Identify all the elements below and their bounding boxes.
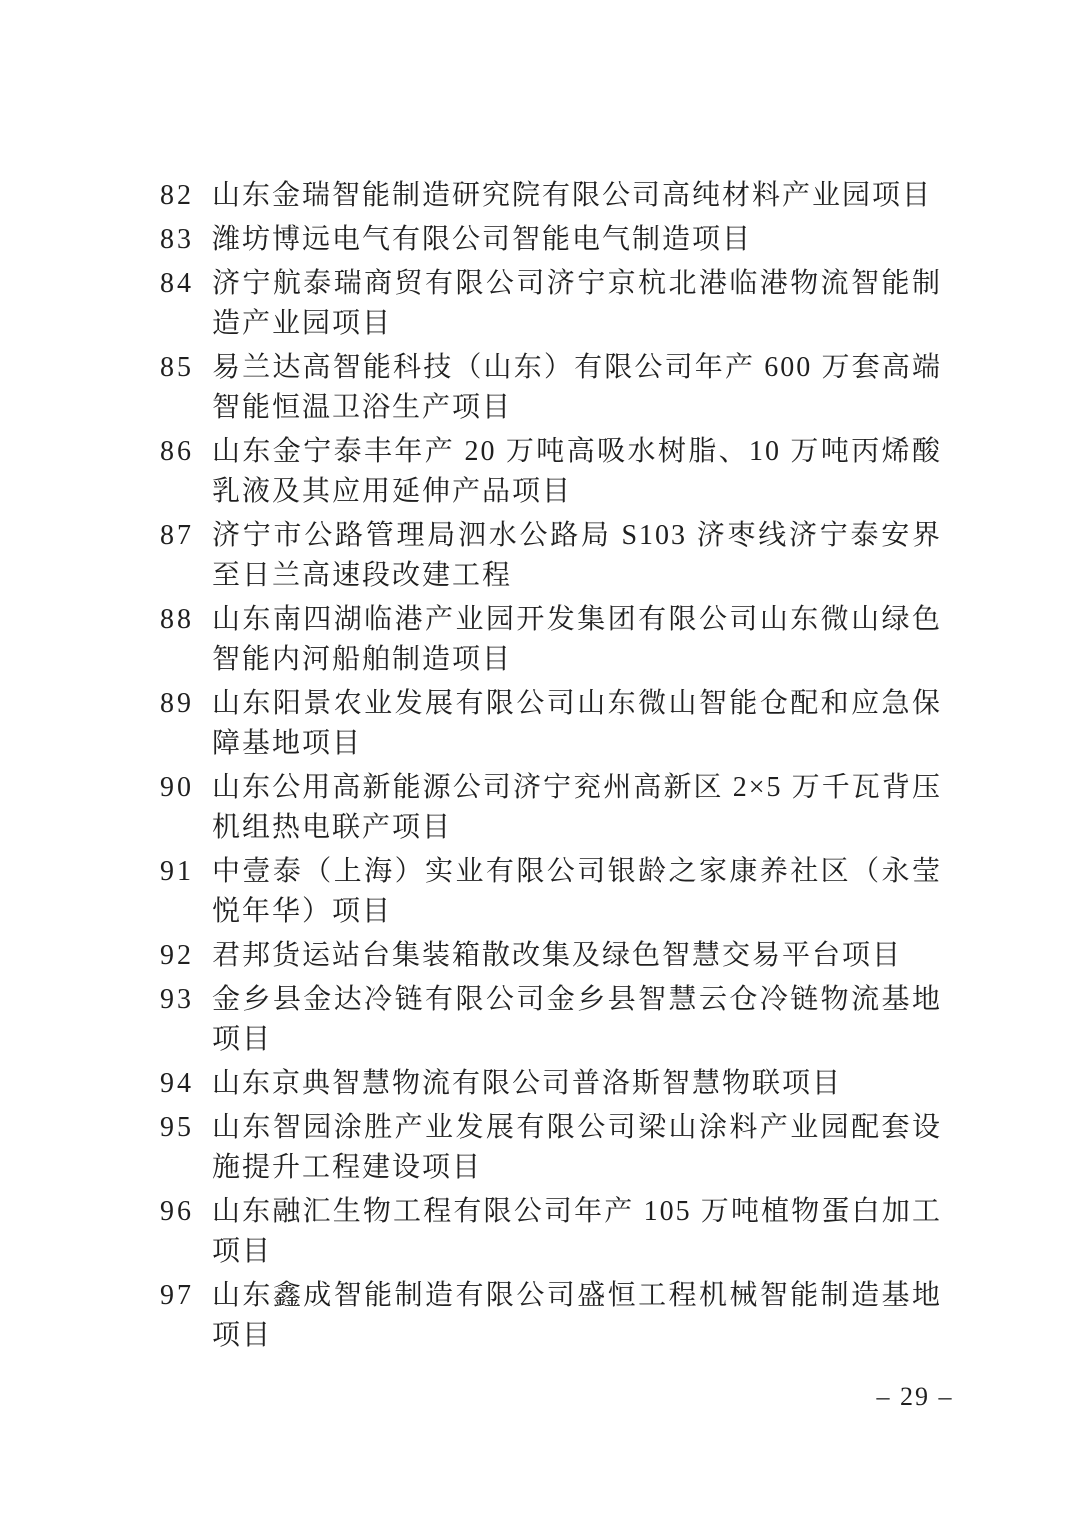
item-number: 88 xyxy=(160,600,212,640)
item-text: 山东南四湖临港产业园开发集团有限公司山东微山绿色智能内河船舶制造项目 xyxy=(212,600,942,680)
list-item: 91 中壹泰（上海）实业有限公司银龄之家康养社区（永莹悦年华）项目 xyxy=(160,852,942,932)
list-item: 96 山东融汇生物工程有限公司年产 105 万吨植物蛋白加工项目 xyxy=(160,1192,942,1272)
item-number: 92 xyxy=(160,936,212,976)
item-number: 96 xyxy=(160,1192,212,1232)
item-text: 山东阳景农业发展有限公司山东微山智能仓配和应急保障基地项目 xyxy=(212,684,942,764)
list-item: 93 金乡县金达冷链有限公司金乡县智慧云仓冷链物流基地项目 xyxy=(160,980,942,1060)
item-number: 97 xyxy=(160,1276,212,1316)
item-text: 山东鑫成智能制造有限公司盛恒工程机械智能制造基地项目 xyxy=(212,1276,942,1356)
document-page: 82 山东金瑞智能制造研究院有限公司高纯材料产业园项目 83 潍坊博远电气有限公… xyxy=(0,0,1080,1528)
item-number: 85 xyxy=(160,348,212,388)
list-item: 86 山东金宁泰丰年产 20 万吨高吸水树脂、10 万吨丙烯酸乳液及其应用延伸产… xyxy=(160,432,942,512)
item-text: 山东智园涂胜产业发展有限公司梁山涂料产业园配套设施提升工程建设项目 xyxy=(212,1108,942,1188)
item-number: 90 xyxy=(160,768,212,808)
item-number: 94 xyxy=(160,1064,212,1104)
item-number: 95 xyxy=(160,1108,212,1148)
item-text: 济宁市公路管理局泗水公路局 S103 济枣线济宁泰安界至日兰高速段改建工程 xyxy=(212,516,942,596)
item-number: 82 xyxy=(160,176,212,216)
item-number: 86 xyxy=(160,432,212,472)
list-item: 84 济宁航泰瑞商贸有限公司济宁京杭北港临港物流智能制造产业园项目 xyxy=(160,264,942,344)
item-text: 济宁航泰瑞商贸有限公司济宁京杭北港临港物流智能制造产业园项目 xyxy=(212,264,942,344)
item-number: 87 xyxy=(160,516,212,556)
list-item: 83 潍坊博远电气有限公司智能电气制造项目 xyxy=(160,220,942,260)
project-list: 82 山东金瑞智能制造研究院有限公司高纯材料产业园项目 83 潍坊博远电气有限公… xyxy=(160,176,942,1360)
item-text: 潍坊博远电气有限公司智能电气制造项目 xyxy=(212,220,942,260)
item-text: 中壹泰（上海）实业有限公司银龄之家康养社区（永莹悦年华）项目 xyxy=(212,852,942,932)
list-item: 82 山东金瑞智能制造研究院有限公司高纯材料产业园项目 xyxy=(160,176,942,216)
list-item: 97 山东鑫成智能制造有限公司盛恒工程机械智能制造基地项目 xyxy=(160,1276,942,1356)
item-text: 山东金宁泰丰年产 20 万吨高吸水树脂、10 万吨丙烯酸乳液及其应用延伸产品项目 xyxy=(212,432,942,512)
item-number: 91 xyxy=(160,852,212,892)
list-item: 92 君邦货运站台集装箱散改集及绿色智慧交易平台项目 xyxy=(160,936,942,976)
list-item: 87 济宁市公路管理局泗水公路局 S103 济枣线济宁泰安界至日兰高速段改建工程 xyxy=(160,516,942,596)
list-item: 90 山东公用高新能源公司济宁兖州高新区 2×5 万千瓦背压机组热电联产项目 xyxy=(160,768,942,848)
item-text: 金乡县金达冷链有限公司金乡县智慧云仓冷链物流基地项目 xyxy=(212,980,942,1060)
list-item: 85 易兰达高智能科技（山东）有限公司年产 600 万套高端智能恒温卫浴生产项目 xyxy=(160,348,942,428)
item-number: 84 xyxy=(160,264,212,304)
item-number: 89 xyxy=(160,684,212,724)
item-text: 山东京典智慧物流有限公司普洛斯智慧物联项目 xyxy=(212,1064,942,1104)
item-number: 83 xyxy=(160,220,212,260)
item-text: 山东金瑞智能制造研究院有限公司高纯材料产业园项目 xyxy=(212,176,942,216)
list-item: 88 山东南四湖临港产业园开发集团有限公司山东微山绿色智能内河船舶制造项目 xyxy=(160,600,942,680)
page-number: – 29 – xyxy=(855,1382,975,1412)
item-number: 93 xyxy=(160,980,212,1020)
item-text: 易兰达高智能科技（山东）有限公司年产 600 万套高端智能恒温卫浴生产项目 xyxy=(212,348,942,428)
list-item: 95 山东智园涂胜产业发展有限公司梁山涂料产业园配套设施提升工程建设项目 xyxy=(160,1108,942,1188)
item-text: 山东公用高新能源公司济宁兖州高新区 2×5 万千瓦背压机组热电联产项目 xyxy=(212,768,942,848)
list-item: 94 山东京典智慧物流有限公司普洛斯智慧物联项目 xyxy=(160,1064,942,1104)
item-text: 山东融汇生物工程有限公司年产 105 万吨植物蛋白加工项目 xyxy=(212,1192,942,1272)
item-text: 君邦货运站台集装箱散改集及绿色智慧交易平台项目 xyxy=(212,936,942,976)
list-item: 89 山东阳景农业发展有限公司山东微山智能仓配和应急保障基地项目 xyxy=(160,684,942,764)
